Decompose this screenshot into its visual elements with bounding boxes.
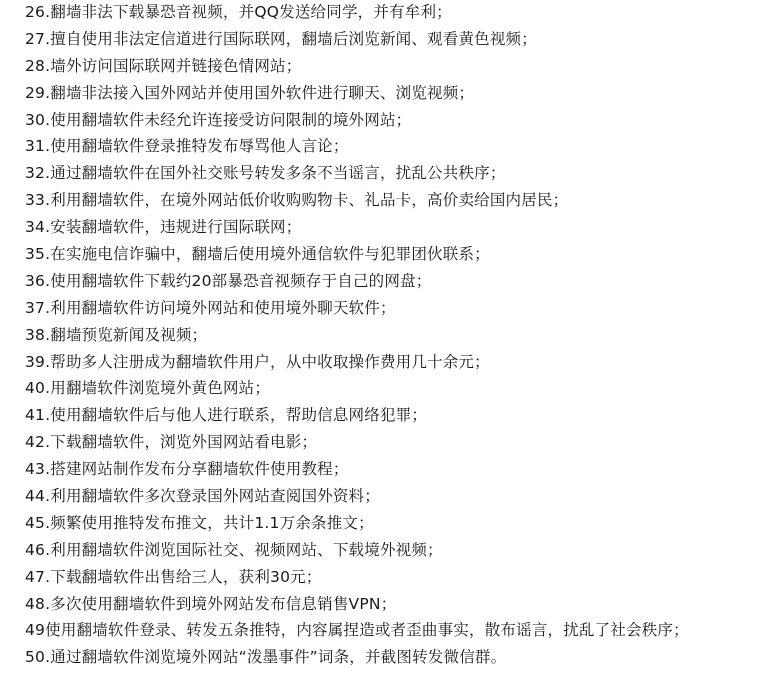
list-item: 42.下载翻墙软件，浏览外国网站看电影；: [25, 429, 765, 456]
list-item: 48.多次使用翻墙软件到境外网站发布信息销售VPN；: [25, 591, 765, 618]
list-item: 47.下载翻墙软件出售给三人，获利30元；: [25, 564, 765, 591]
list-item: 40.用翻墙软件浏览境外黄色网站；: [25, 375, 765, 402]
list-item: 43.搭建网站制作发布分享翻墙软件使用教程；: [25, 456, 765, 483]
list-item: 38.翻墙预览新闻及视频；: [25, 322, 765, 349]
list-item: 41.使用翻墙软件后与他人进行联系，帮助信息网络犯罪；: [25, 402, 765, 429]
list-item: 34.安装翻墙软件，违规进行国际联网；: [25, 214, 765, 241]
list-item: 30.使用翻墙软件未经允许连接受访问限制的境外网站；: [25, 107, 765, 134]
list-item: 35.在实施电信诈骗中，翻墙后使用境外通信软件与犯罪团伙联系；: [25, 241, 765, 268]
list-item: 28.墙外访问国际联网并链接色情网站；: [25, 53, 765, 80]
list-item: 37.利用翻墙软件访问境外网站和使用境外聊天软件；: [25, 295, 765, 322]
list-item: 49使用翻墙软件登录、转发五条推特，内容属捏造或者歪曲事实，散布谣言，扰乱了社会…: [25, 617, 765, 644]
list-item: 46.利用翻墙软件浏览国际社交、视频网站、下载境外视频；: [25, 537, 765, 564]
list-item: 29.翻墙非法接入国外网站并使用国外软件进行聊天、浏览视频；: [25, 80, 765, 107]
list-item: 45.频繁使用推特发布推文，共计1.1万余条推文；: [25, 510, 765, 537]
list-item: 31.使用翻墙软件登录推特发布辱骂他人言论；: [25, 133, 765, 160]
list-item: 27.擅自使用非法定信道进行国际联网，翻墙后浏览新闻、观看黄色视频；: [25, 26, 765, 53]
list-item: 32.通过翻墙软件在国外社交账号转发多条不当谣言，扰乱公共秩序；: [25, 160, 765, 187]
list-item: 33.利用翻墙软件，在境外网站低价收购购物卡、礼品卡，高价卖给国内居民；: [25, 187, 765, 214]
list-item: 36.使用翻墙软件下载约20部暴恐音视频存于自己的网盘；: [25, 268, 765, 295]
document-list: 26.翻墙非法下载暴恐音视频，并QQ发送给同学，并有牟利； 27.擅自使用非法定…: [25, 0, 765, 671]
list-item: 39.帮助多人注册成为翻墙软件用户，从中收取操作费用几十余元；: [25, 349, 765, 376]
list-item: 50.通过翻墙软件浏览境外网站“泼墨事件”词条，并截图转发微信群。: [25, 644, 765, 671]
list-item: 44.利用翻墙软件多次登录国外网站查阅国外资料；: [25, 483, 765, 510]
list-item: 26.翻墙非法下载暴恐音视频，并QQ发送给同学，并有牟利；: [25, 0, 765, 26]
